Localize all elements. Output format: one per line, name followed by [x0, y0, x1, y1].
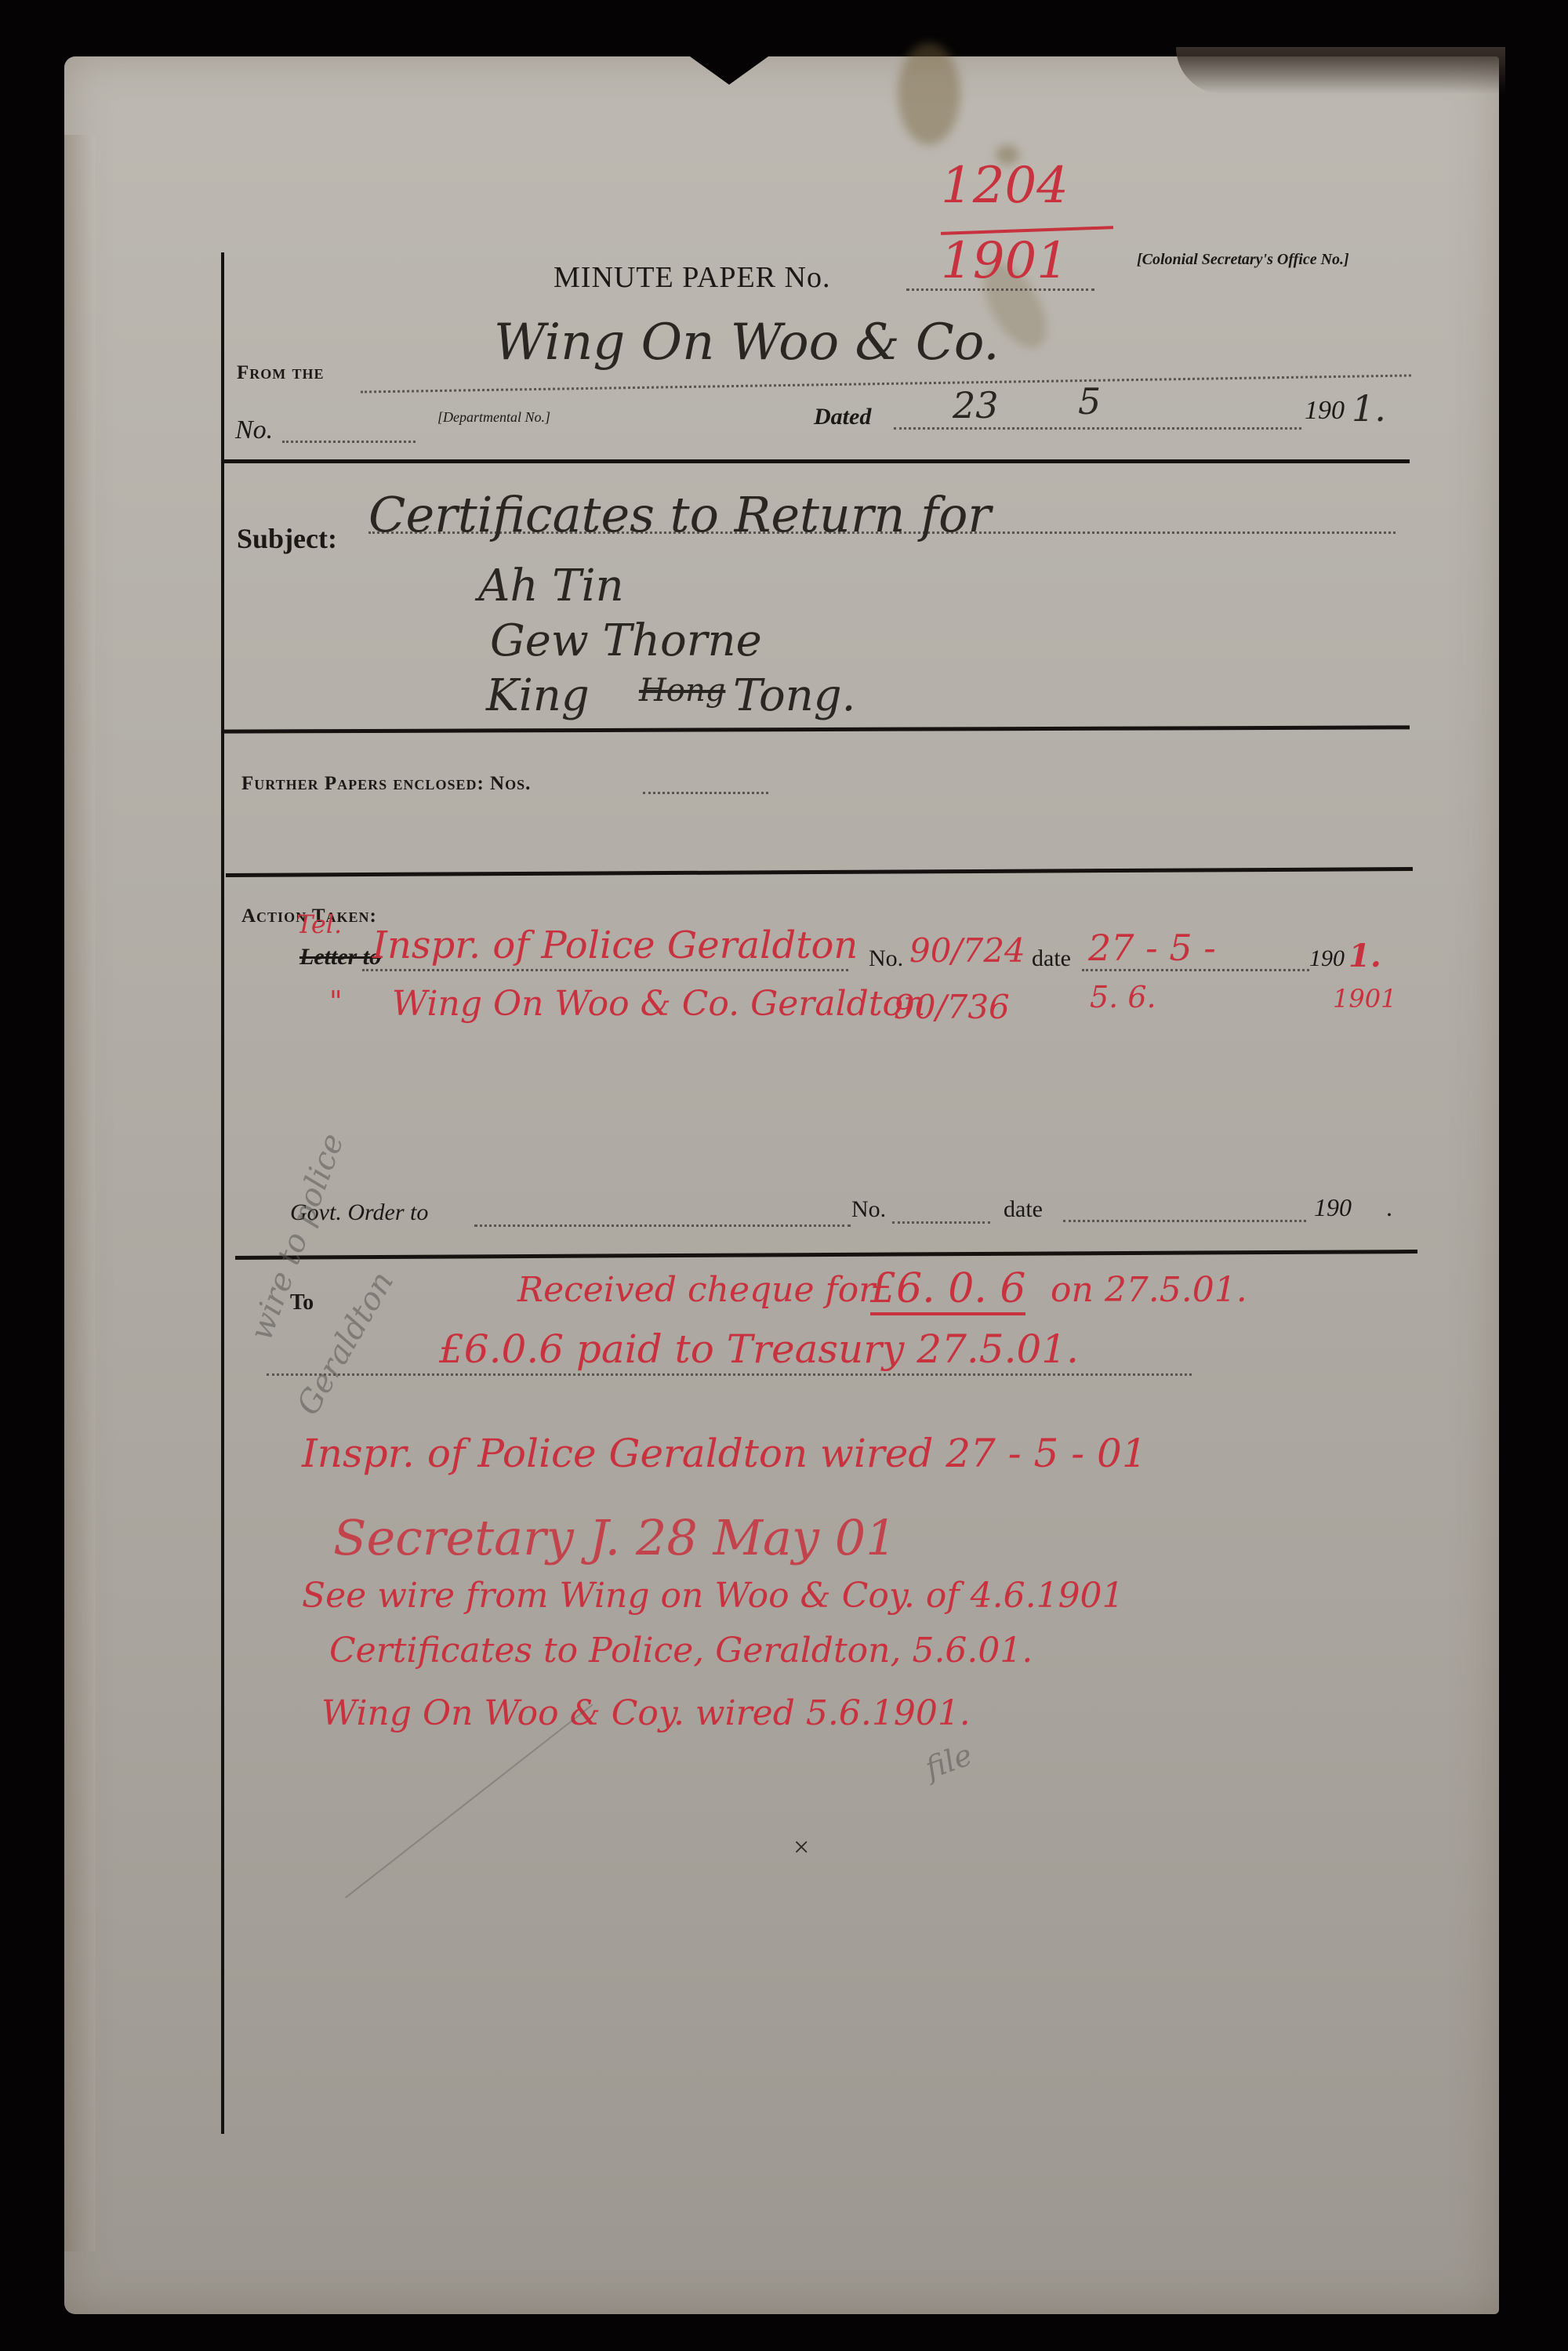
action-row-1-year: 1. [1348, 938, 1381, 974]
action-date-label: date [1032, 945, 1071, 972]
dated-dotted-line [894, 427, 1301, 430]
action-no-label: No. [869, 945, 903, 972]
paper-number: 1204 [941, 157, 1069, 215]
paper-tear-notch [690, 56, 768, 85]
minute-received-prefix: Received cheque for [517, 1270, 875, 1310]
cross-mark: × [793, 1830, 809, 1863]
form-title: MINUTE PAPER No. [554, 260, 830, 295]
govt-year: 190 [1314, 1193, 1352, 1222]
action-row-2-to: Wing On Woo & Co. Geraldton [392, 984, 925, 1024]
govt-date-label: date [1004, 1196, 1043, 1223]
section-rule [224, 459, 1410, 463]
action-row-2-year: 1901 [1333, 984, 1396, 1014]
minute-certificates-police: Certificates to Police, Geraldton, 5.6.0… [329, 1631, 1033, 1671]
minute-received-amount: £6. 0. 6 [870, 1265, 1025, 1315]
minute-wing-on-wired: Wing On Woo & Coy. wired 5.6.1901. [321, 1693, 971, 1733]
action-row-2-prefix: " [329, 986, 343, 1018]
minute-paper-sheet [64, 56, 1499, 2314]
action-row-1-prefix: Tel. [296, 909, 342, 939]
from-value: Wing On Woo & Co. [494, 314, 1000, 372]
action-row-2-date: 5. 6. [1090, 980, 1156, 1014]
action-row-1-to: Inspr. of Police Geraldton [372, 923, 858, 967]
subject-name-3b: Tong. [733, 670, 855, 721]
action-date-dotted-line [1082, 969, 1309, 971]
paper-year: 1901 [941, 232, 1069, 290]
minute-see-wire: See wire from Wing on Woo & Coy. of 4.6.… [302, 1576, 1124, 1616]
dated-year-prefix: 190 [1305, 396, 1345, 426]
subject-line: Certificates to Return for [368, 486, 991, 543]
dated-day: 23 [953, 384, 999, 426]
dated-label: Dated [814, 404, 871, 430]
margin-rule [221, 252, 224, 2134]
from-label: From the [237, 362, 325, 384]
govt-no-dotted-line [892, 1221, 990, 1224]
subject-label: Subject: [237, 522, 337, 555]
minute-paid-treasury: £6.0.6 paid to Treasury 27.5.01. [439, 1326, 1079, 1372]
action-row-1-date: 27 - 5 - [1088, 927, 1216, 969]
stain [898, 43, 960, 145]
subject-name-3a: King [486, 670, 590, 721]
action-row-2-no: 90/736 [894, 988, 1010, 1026]
govt-period: . [1386, 1193, 1392, 1222]
subject-name-2: Gew Thorne [490, 615, 762, 666]
minute-received-suffix: on 27.5.01. [1051, 1270, 1247, 1310]
minute-police-wired: Inspr. of Police Geraldton wired 27 - 5 … [302, 1431, 1147, 1476]
letter-to-label: Letter to [299, 944, 381, 971]
top-curl-shadow [1176, 47, 1505, 94]
dated-year-suffix: 1. [1352, 387, 1386, 430]
dated-month: 5 [1078, 380, 1101, 423]
action-year-prefix: 190 [1309, 945, 1345, 972]
no-dotted-line [282, 441, 416, 443]
to-dotted-line [267, 1373, 1192, 1376]
no-label: No. [235, 415, 273, 445]
office-note: [Colonial Secretary's Office No.] [1137, 251, 1349, 269]
subject-struck-word: Hong [639, 673, 725, 709]
letter-to-dotted-line [362, 969, 848, 971]
govt-no-label: No. [851, 1196, 886, 1223]
further-papers-label: Further Papers enclosed: Nos. [241, 773, 531, 795]
govt-date-dotted-line [1063, 1220, 1306, 1222]
minute-secretary-signature: Secretary J. 28 May 01 [333, 1509, 897, 1566]
dept-note: [Departmental No.] [437, 409, 550, 426]
govt-order-dotted-line [474, 1224, 851, 1227]
further-papers-dotted-line [643, 792, 768, 794]
subject-name-1: Ah Tin [478, 561, 624, 611]
action-row-1-no: 90/724 [909, 931, 1025, 970]
